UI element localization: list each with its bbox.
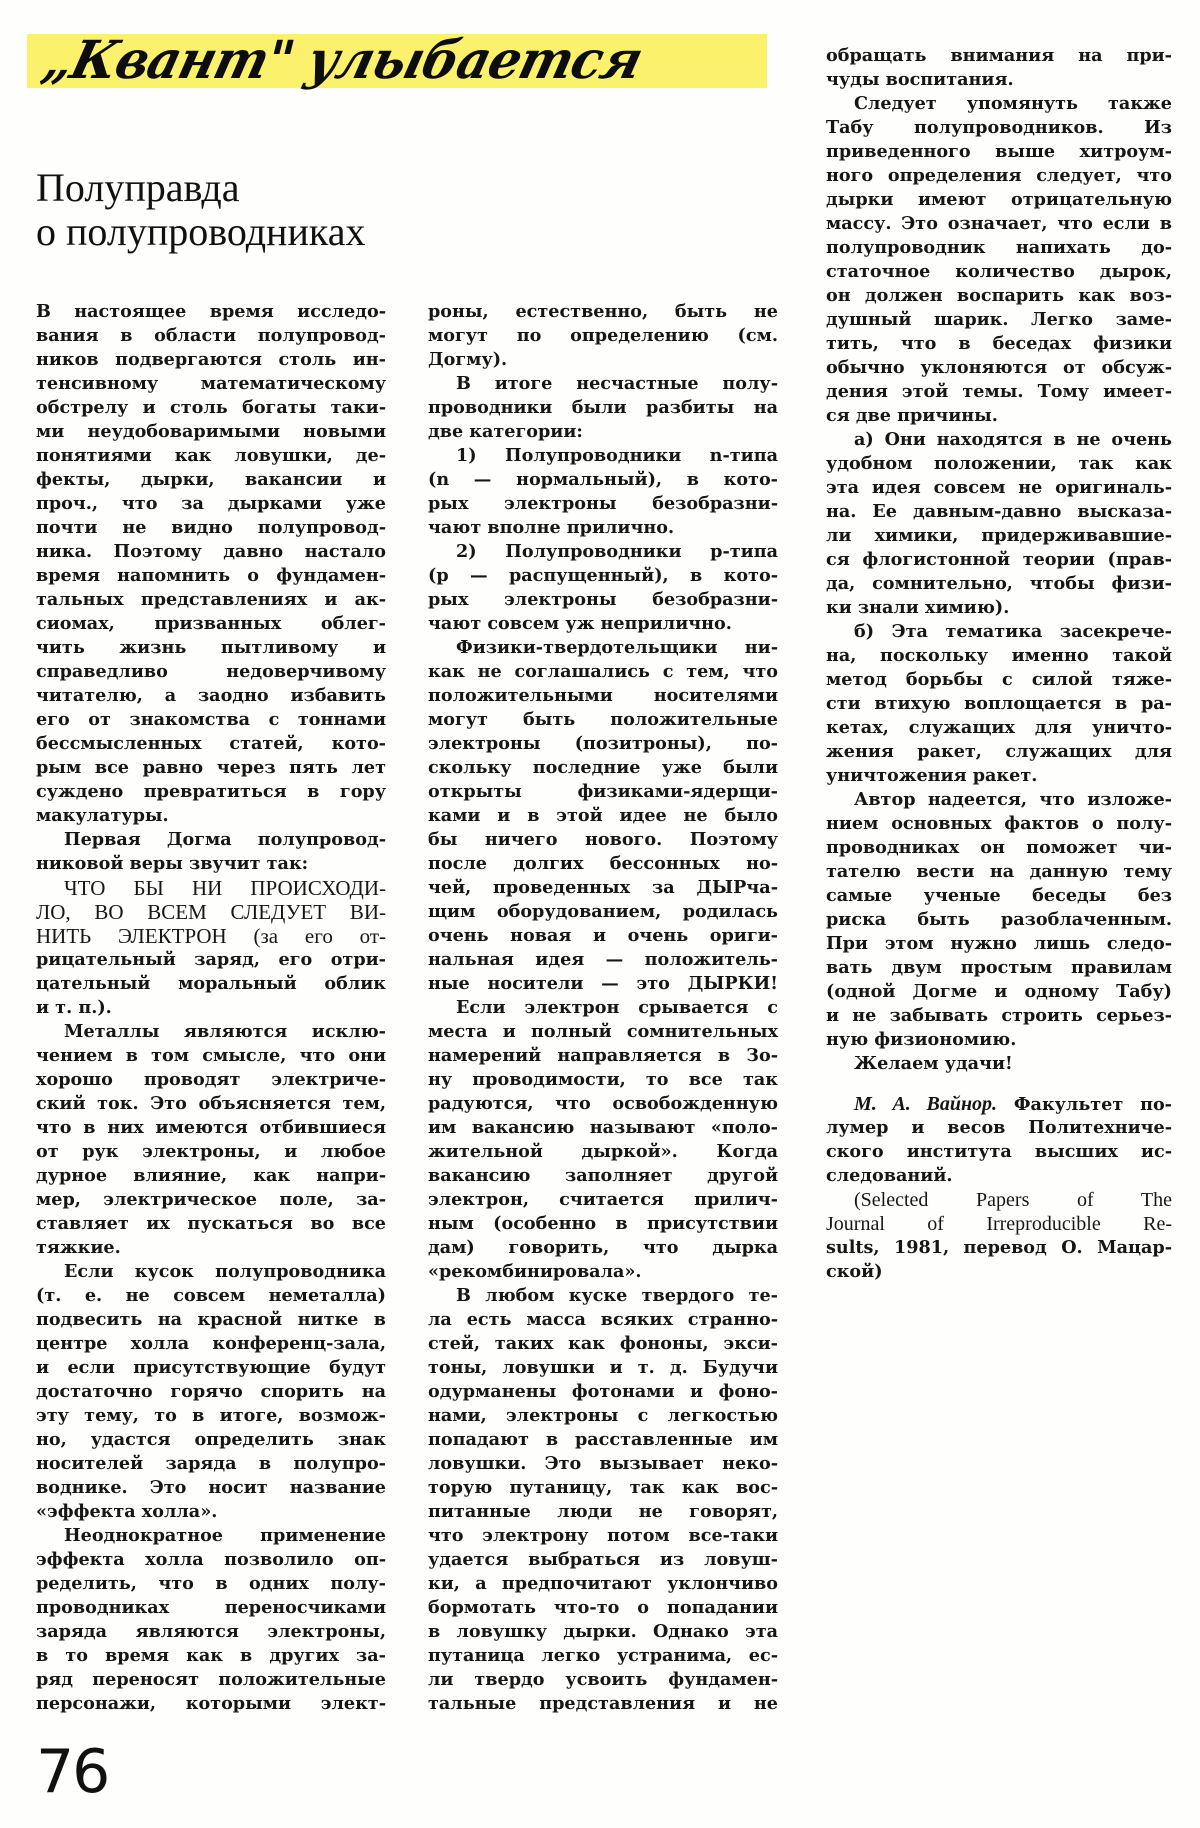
text-line: «эффекта холла».: [36, 1500, 386, 1524]
text-line: тоны, ловушки и т. д. Будучи: [428, 1356, 778, 1380]
text-line: рых электроны безобразни-: [428, 492, 778, 516]
text-line: тателю вести на данную тему: [826, 860, 1172, 884]
text-line: в то время как в других за-: [36, 1644, 386, 1668]
text-line: (Selected Papers of The: [826, 1188, 1172, 1212]
text-line: проводники были разбиты на: [428, 396, 778, 420]
text-line: (одной Догме и одному Табу): [826, 980, 1172, 1004]
text-line: щим оборудованием, родилась: [428, 900, 778, 924]
text-column-left: В настоящее время исследо-вания в област…: [36, 300, 386, 1716]
text-line: справедливо недоверчивому: [36, 660, 386, 684]
text-line: статочное количество дырок,: [826, 260, 1172, 284]
author-affiliation-start: Факультет по-: [997, 1094, 1172, 1115]
text-line: персонажи, которыми элект-: [36, 1692, 386, 1716]
text-line: макулатуры.: [36, 804, 386, 828]
text-line: (n — нормальный), в кото-: [428, 468, 778, 492]
text-line: ным (особенно в присутствии: [428, 1212, 778, 1236]
text-line: воднике. Это носит название: [36, 1476, 386, 1500]
text-line: кетах, служащих для уничто-: [826, 716, 1172, 740]
text-line: удается выбраться из ловуш-: [428, 1548, 778, 1572]
text-line: попадают в расставленные им: [428, 1428, 778, 1452]
text-line: достаточно горячо спорить на: [36, 1380, 386, 1404]
author-name: М. А. Вайнор.: [854, 1093, 997, 1115]
text-line: ловушки. Это вызывает неко-: [428, 1452, 778, 1476]
text-line: заряда являются электроны,: [36, 1620, 386, 1644]
text-line: мер, электрическое поле, за-: [36, 1188, 386, 1212]
text-line: что в них имеются отбившиеся: [36, 1116, 386, 1140]
text-line: на. Ее давным-давно высказа-: [826, 500, 1172, 524]
text-line: ли твердо усвоить фундамен-: [428, 1668, 778, 1692]
text-line: массу. Это означает, что если в: [826, 212, 1172, 236]
text-line: эту тему, то в итоге, возмож-: [36, 1404, 386, 1428]
text-line: тальные представления и не: [428, 1692, 778, 1716]
text-line: ника. Поэтому давно настало: [36, 540, 386, 564]
text-line: бормотать что-то о попадании: [428, 1596, 778, 1620]
text-line: жительной дыркой». Когда: [428, 1140, 778, 1164]
text-line: дам) говорить, что дырка: [428, 1236, 778, 1260]
text-line: его от знакомства с тоннами: [36, 708, 386, 732]
text-line: после долгих бессонных но-: [428, 852, 778, 876]
text-line: Автор надеется, что изложе-: [826, 788, 1172, 812]
text-line: им вакансию называют «поло-: [428, 1116, 778, 1140]
text-line: сиомах, призванных облег-: [36, 612, 386, 636]
text-line: ского института высших ис-: [826, 1140, 1172, 1164]
page-number: 76: [36, 1740, 108, 1804]
text-line: проводниках переносчиками: [36, 1596, 386, 1620]
text-line: обстрелу и столь богаты таки-: [36, 396, 386, 420]
text-line: проводниках он поможет чи-: [826, 836, 1172, 860]
text-line: время напомнить о фундамен-: [36, 564, 386, 588]
text-line: подвесить на красной нитке в: [36, 1308, 386, 1332]
text-line: метод борьбы с силой тяже-: [826, 668, 1172, 692]
text-line: открыты физиками-ядерщи-: [428, 780, 778, 804]
text-line: лумер и весов Политехниче-: [826, 1116, 1172, 1140]
text-line: и если присутствующие будут: [36, 1356, 386, 1380]
text-line: суждено превратиться в гору: [36, 780, 386, 804]
text-line: ну проводимости, то все так: [428, 1068, 778, 1092]
text-line: Металлы являются исклю-: [36, 1020, 386, 1044]
rubric-heading: „Квант" улыбается: [34, 18, 651, 102]
text-line: нальная идея — положитель-: [428, 948, 778, 972]
text-line: понятиями как ловушки, де-: [36, 444, 386, 468]
text-line: вакансию заполняет другой: [428, 1164, 778, 1188]
text-line: ла есть масса всяких странно-: [428, 1308, 778, 1332]
text-line: рых электроны безобразни-: [428, 588, 778, 612]
text-line: положительными носителями: [428, 684, 778, 708]
text-line: цательный моральный облик: [36, 972, 386, 996]
text-line: на, поскольку именно такой: [826, 644, 1172, 668]
text-line: ками и в этой идее не было: [428, 804, 778, 828]
text-line: как не соглашались с тем, что: [428, 660, 778, 684]
author-line: М. А. Вайнор. Факультет по-: [826, 1092, 1172, 1116]
text-line: почти не видно полупровод-: [36, 516, 386, 540]
text-line: вать двум простым правилам: [826, 956, 1172, 980]
text-line: чей, проведенных за ДЫРча-: [428, 876, 778, 900]
text-line: 2) Полупроводники p-типа: [428, 540, 778, 564]
text-line: Следует упомянуть также: [826, 92, 1172, 116]
text-line: чить жизнь пытливому и: [36, 636, 386, 660]
text-line: носителей заряда в полупро-: [36, 1452, 386, 1476]
text-line: обычно уклоняются от обсуж-: [826, 356, 1172, 380]
text-line: ного определения следует, что: [826, 164, 1172, 188]
text-line: Табу полупроводников. Из: [826, 116, 1172, 140]
text-line: (т. е. не совсем неметалла): [36, 1284, 386, 1308]
text-line: ся две причины.: [826, 404, 1172, 428]
text-line: очень новая и очень ориги-: [428, 924, 778, 948]
text-line: одурманены фотонами и фоно-: [428, 1380, 778, 1404]
text-line: 1) Полупроводники n-типа: [428, 444, 778, 468]
text-line: эффекта холла позволило оп-: [36, 1548, 386, 1572]
text-line: ряд переносят положительные: [36, 1668, 386, 1692]
text-line: хорошо проводят электриче-: [36, 1068, 386, 1092]
text-line: ные носители — это ДЫРКИ!: [428, 972, 778, 996]
text-line: следований.: [826, 1164, 1172, 1188]
text-line: а) Они находятся в не очень: [826, 428, 1172, 452]
author-signature: М. А. Вайнор. Факультет по- лумер и весо…: [826, 1092, 1172, 1284]
text-line: скольку последние уже были: [428, 756, 778, 780]
text-line: тяжкие.: [36, 1236, 386, 1260]
text-line: ский ток. Это объясняется тем,: [36, 1092, 386, 1116]
text-line: центре холла конференц-зала,: [36, 1332, 386, 1356]
text-line: но, удастся определить знак: [36, 1428, 386, 1452]
text-line: роны, естественно, быть не: [428, 300, 778, 324]
text-line: рицательный заряд, его отри-: [36, 948, 386, 972]
text-line: нием основных фактов о полу-: [826, 812, 1172, 836]
text-line: стей, таких как фононы, экси-: [428, 1332, 778, 1356]
text-line: ли химики, придерживавшие-: [826, 524, 1172, 548]
text-line: намерений направляется в Зо-: [428, 1044, 778, 1068]
author-details: лумер и весов Политехниче-ского институт…: [826, 1116, 1172, 1284]
text-line: чением в том смысле, что они: [36, 1044, 386, 1068]
text-line: Физики-твердотельщики ни-: [428, 636, 778, 660]
article-title-line-2: о полупроводниках: [36, 210, 365, 254]
text-line: никовой веры звучит так:: [36, 852, 386, 876]
text-line: электрон, считается прилич-: [428, 1188, 778, 1212]
text-line: электроны (позитроны), по-: [428, 732, 778, 756]
text-line: от рук электроны, и любое: [36, 1140, 386, 1164]
text-line: рым все равно через пять лет: [36, 756, 386, 780]
text-line: ЛО, ВО ВСЕМ СЛЕДУЕТ ВИ-: [36, 900, 386, 924]
text-line: места и полный сомнительных: [428, 1020, 778, 1044]
text-column-middle: роны, естественно, быть немогут по опред…: [428, 300, 778, 1716]
text-line: Первая Догма полупровод-: [36, 828, 386, 852]
article-title-line-1: Полуправда: [36, 166, 365, 210]
text-line: ки, а предпочитают уклончиво: [428, 1572, 778, 1596]
text-line: жения ракет, служащих для: [826, 740, 1172, 764]
text-line: сти втихую воплощается в ра-: [826, 692, 1172, 716]
text-line: Journal of Irreproducible Re-: [826, 1212, 1172, 1236]
text-line: питанные люди не говорят,: [428, 1500, 778, 1524]
text-line: ся флогистонной теории (прав-: [826, 548, 1172, 572]
text-line: тенсивному математическому: [36, 372, 386, 396]
text-line: что электрону потом все-таки: [428, 1524, 778, 1548]
text-line: полупроводник напихать до-: [826, 236, 1172, 260]
text-line: фекты, дырки, вакансии и: [36, 468, 386, 492]
text-line: эта идея совсем не оригиналь-: [826, 476, 1172, 500]
article-title: Полуправда о полупроводниках: [36, 166, 365, 254]
text-line: нами, электроны с легкостью: [428, 1404, 778, 1428]
text-line: ную физиономию.: [826, 1028, 1172, 1052]
text-line: «рекомбинировала».: [428, 1260, 778, 1284]
text-line: В настоящее время исследо-: [36, 300, 386, 324]
text-line: ми неудобоваримыми новыми: [36, 420, 386, 444]
text-line: ки знали химию).: [826, 596, 1172, 620]
text-line: радуются, что освобожденную: [428, 1092, 778, 1116]
text-line: В итоге несчастные полу-: [428, 372, 778, 396]
text-line: тить, что в беседах физики: [826, 332, 1172, 356]
text-line: читателю, а заодно избавить: [36, 684, 386, 708]
text-line: путаница легко устранима, ес-: [428, 1644, 778, 1668]
text-line: уничтожения ракет.: [826, 764, 1172, 788]
text-line: могут по определению (см.: [428, 324, 778, 348]
text-line: sults, 1981, перевод О. Мацар-: [826, 1236, 1172, 1260]
text-line: дурное влияние, как напри-: [36, 1164, 386, 1188]
text-line: ЧТО БЫ НИ ПРОИСХОДИ-: [36, 876, 386, 900]
text-line: б) Эта тематика засекрече-: [826, 620, 1172, 644]
text-line: ставляет их пускаться во все: [36, 1212, 386, 1236]
text-line: Желаем удачи!: [826, 1052, 1172, 1076]
text-line: удобном положении, так как: [826, 452, 1172, 476]
text-line: могут быть положительные: [428, 708, 778, 732]
text-line: Неоднократное применение: [36, 1524, 386, 1548]
text-line: риска быть разоблаченным.: [826, 908, 1172, 932]
text-line: ников подвергаются столь ин-: [36, 348, 386, 372]
text-line: да, сомнительно, чтобы физи-: [826, 572, 1172, 596]
text-line: и не забывать строить серьез-: [826, 1004, 1172, 1028]
text-line: душный шарик. Легко заме-: [826, 308, 1172, 332]
text-line: чают совсем уж неприлично.: [428, 612, 778, 636]
text-line: (p — распущенный), в кото-: [428, 564, 778, 588]
text-line: чают вполне прилично.: [428, 516, 778, 540]
text-line: Если электрон срывается с: [428, 996, 778, 1020]
text-line: проч., что за дырками уже: [36, 492, 386, 516]
text-column-right: обращать внимания на при-чуды воспитания…: [826, 44, 1172, 1076]
text-line: две категории:: [428, 420, 778, 444]
text-line: он должен воспарить как воз-: [826, 284, 1172, 308]
text-line: тальных представлениях и ак-: [36, 588, 386, 612]
text-line: приведенного выше хитроум-: [826, 140, 1172, 164]
text-line: Догму).: [428, 348, 778, 372]
text-line: В любом куске твердого те-: [428, 1284, 778, 1308]
text-line: НИТЬ ЭЛЕКТРОН (за его от-: [36, 924, 386, 948]
text-line: дения этой темы. Тому имеет-: [826, 380, 1172, 404]
text-line: бессмысленных статей, кото-: [36, 732, 386, 756]
text-line: в ловушку дырки. Однако эта: [428, 1620, 778, 1644]
text-line: вания в области полупровод-: [36, 324, 386, 348]
text-line: бы ничего нового. Поэтому: [428, 828, 778, 852]
text-line: При этом нужно лишь следо-: [826, 932, 1172, 956]
text-line: и т. п.).: [36, 996, 386, 1020]
text-line: чуды воспитания.: [826, 68, 1172, 92]
text-line: обращать внимания на при-: [826, 44, 1172, 68]
text-line: торую путаницу, так как вос-: [428, 1476, 778, 1500]
text-line: Если кусок полупроводника: [36, 1260, 386, 1284]
text-line: самые ученые беседы без: [826, 884, 1172, 908]
text-line: дырки имеют отрицательную: [826, 188, 1172, 212]
text-line: ской): [826, 1260, 1172, 1284]
text-line: ределить, что в одних полу-: [36, 1572, 386, 1596]
